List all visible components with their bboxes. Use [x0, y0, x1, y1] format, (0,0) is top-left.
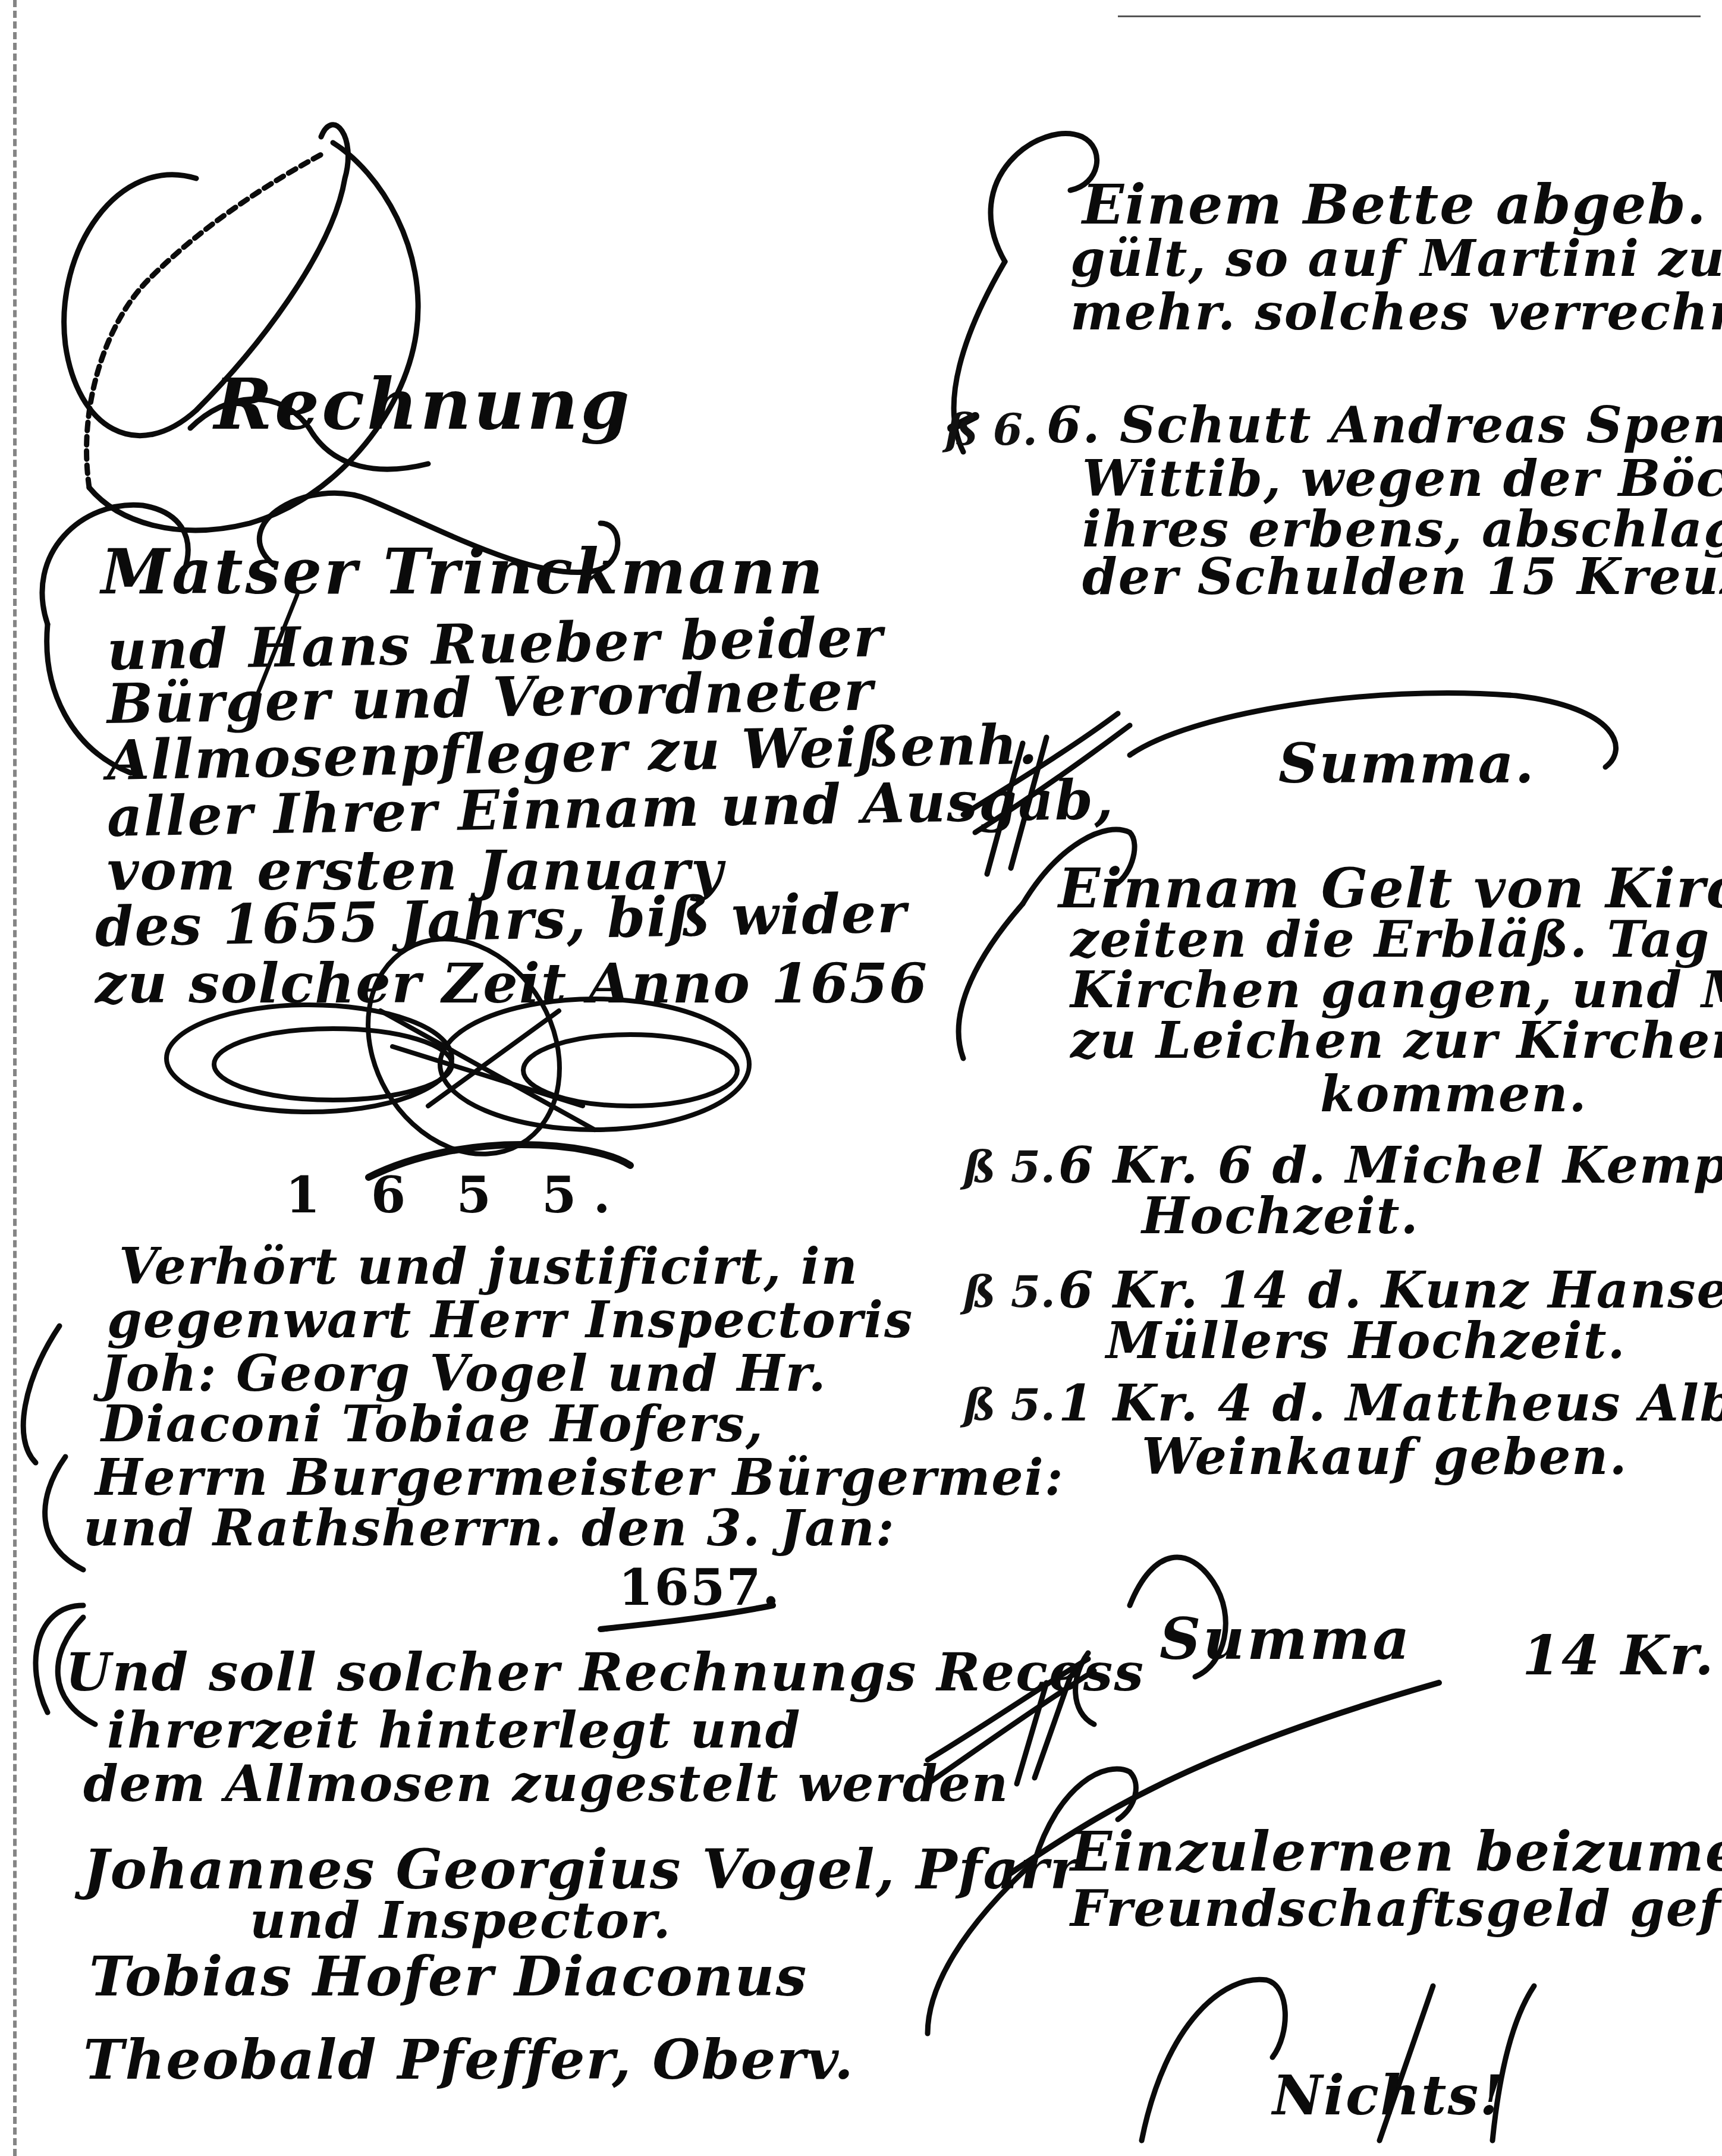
approval-line-1: Verhört und justificirt, in [119, 1237, 859, 1296]
page-edge-scan-artifact [13, 0, 17, 2156]
item1-amount: ß 5. [963, 1142, 1055, 1192]
entry2-line-4: der Schulden 15 Kreuzer [1082, 547, 1722, 606]
entry3-line-4: zu Leichen zur Kirchen [1070, 1011, 1722, 1070]
item3-amount: ß 5. [963, 1379, 1055, 1430]
title-line-8: zu solcher Zeit Anno 1656 [95, 951, 928, 1016]
approval-date-year: 1657. [618, 1558, 781, 1617]
summa-1: Summa. [1278, 731, 1535, 796]
year-mark: 1 6 5 5. [285, 1165, 627, 1224]
entry1-line-3: mehr. solches verrechnet. [1070, 282, 1722, 341]
item1-text2: Hochzeit. [1142, 1186, 1419, 1245]
item3-text: 1 Kr. 4 d. Mattheus Albl an [1058, 1374, 1722, 1432]
entry4-line-2: Freundschaftsgeld gefallen, [1070, 1879, 1722, 1938]
heading-rechnung: Rechnung [214, 363, 632, 445]
closing-flourish [1142, 1979, 1285, 2141]
entry1-line-1: Einem Bette abgeb. [1082, 172, 1707, 237]
item3-text2: Weinkauf geben. [1142, 1427, 1628, 1486]
closing-line-1: Und soll solcher Rechnungs Recess [65, 1641, 1145, 1703]
item2-text2: Müllers Hochzeit. [1106, 1311, 1626, 1370]
title-line-7: des 1655 Jahrs, biß wider [95, 881, 907, 959]
entry3-line-5: kommen. [1320, 1064, 1588, 1123]
title-line-1: Matser Trinckmann [101, 535, 825, 608]
closing-nichts: Nichts! [1272, 2063, 1505, 2127]
item2-amount: ß 5. [963, 1266, 1055, 1317]
manuscript-page: Rechnung Matser Trinckmann und Hans Rueb… [0, 0, 1722, 2156]
approval-line-4: Diaconi Tobiae Hofers, [101, 1394, 764, 1453]
approval-line-2: gegenwart Herr Inspectoris [107, 1290, 913, 1349]
signature-hofer: Tobias Hofer Diaconus [89, 1944, 807, 2009]
entry2-line-1: 6. Schutt Andreas Spengler [1047, 395, 1722, 454]
entry4-line-1: Einzulernen beizumehr. [1070, 1819, 1722, 1884]
signature-vogel-title: und Inspector. [250, 1891, 672, 1950]
signature-pfeffer: Theobald Pfeffer, Oberv. [83, 2028, 854, 2092]
entry2-amount: ß 6. [945, 404, 1038, 455]
closing-line-3: dem Allmosen zugestelt werden [83, 1754, 1009, 1813]
summa-2-value: 14 Kr. [1522, 1623, 1715, 1687]
entry1-line-2: gült, so auf Martini zu 6 Ba [1070, 229, 1722, 288]
summa-2-label: Summa [1159, 1605, 1412, 1673]
closing-line-2: ihrerzeit hinterlegt und [107, 1701, 802, 1759]
top-rule-line [1118, 15, 1701, 17]
approval-line-6: und Rathsherrn. den 3. Jan: [83, 1498, 895, 1557]
